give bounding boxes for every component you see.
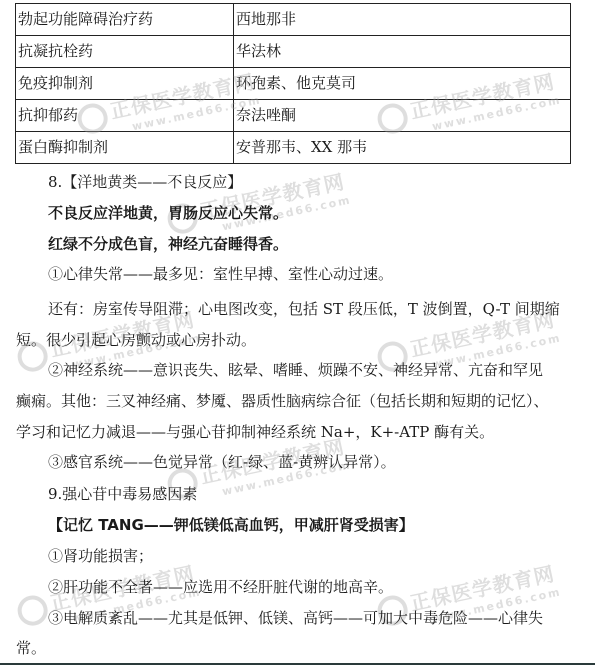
point-nervous-line-1: ②神经系统——意识丧失、眩晕、嗜睡、烦躁不安、神经异常、亢奋和罕见 — [48, 360, 543, 380]
point-sensory: ③感官系统——色觉异常（红-绿、蓝-黄辨认异常）。 — [48, 452, 396, 472]
table-row: 蛋白酶抑制剂 安普那韦、XX 那韦 — [16, 132, 571, 164]
table-cell-category: 抗抑郁药 — [16, 100, 234, 132]
section-9-heading: 9.强心苷中毒易感因素 — [48, 484, 197, 504]
table-cell-category: 勃起功能障碍治疗药 — [16, 4, 234, 36]
paragraph-also-line-1: 还有：房室传导阻滞；心电图改变，包括 ST 段压低，T 波倒置，Q-T 间期缩 — [48, 299, 560, 319]
table-cell-drug: 环孢素、他克莫司 — [234, 68, 571, 100]
point-renal: ①肾功能损害； — [48, 546, 153, 566]
point-arrhythmia: ①心律失常——最多见：室性早搏、室性心动过速。 — [48, 264, 393, 284]
table-cell-category: 免疫抑制剂 — [16, 68, 234, 100]
section-9-mnemonic: 【记忆 TANG——钾低镁低高血钙，甲减肝肾受损害】 — [48, 515, 414, 535]
mnemonic-line-2: 红绿不分成色盲，神经亢奋睡得香。 — [48, 234, 288, 254]
point-hepatic: ②肝功能不全者——应选用不经肝脏代谢的地高辛。 — [48, 577, 393, 597]
point-nervous-line-3: 学习和记忆力减退——与强心苷抑制神经系统 Na+，K+-ATP 酶有关。 — [16, 422, 494, 442]
table-row: 抗凝抗栓药 华法林 — [16, 36, 571, 68]
paragraph-also-line-2: 短。很少引起心房颤动或心房扑动。 — [16, 330, 256, 350]
table-row: 抗抑郁药 奈法唑酮 — [16, 100, 571, 132]
point-nervous-line-2: 癫痫。其他：三叉神经痛、梦魇、器质性脑病综合征（包括长期和短期的记忆）、 — [16, 391, 549, 411]
mnemonic-line-1: 不良反应洋地黄，胃肠反应心失常。 — [48, 203, 288, 223]
point-electrolyte-line-2: 常。 — [16, 638, 46, 658]
drug-interaction-table: 勃起功能障碍治疗药 西地那非 抗凝抗栓药 华法林 免疫抑制剂 环孢素、他克莫司 … — [15, 3, 571, 164]
table-cell-drug: 奈法唑酮 — [234, 100, 571, 132]
point-electrolyte-line-1: ③电解质紊乱——尤其是低钾、低镁、高钙——可加大中毒危险——心律失 — [48, 608, 543, 628]
table-cell-drug: 华法林 — [234, 36, 571, 68]
table-row: 勃起功能障碍治疗药 西地那非 — [16, 4, 571, 36]
table-row: 免疫抑制剂 环孢素、他克莫司 — [16, 68, 571, 100]
table-cell-drug: 安普那韦、XX 那韦 — [234, 132, 571, 164]
table-cell-drug: 西地那非 — [234, 4, 571, 36]
section-8-heading: 8.【洋地黄类——不良反应】 — [48, 172, 242, 192]
table-cell-category: 抗凝抗栓药 — [16, 36, 234, 68]
watermark-logo-icon — [15, 593, 51, 629]
table-cell-category: 蛋白酶抑制剂 — [16, 132, 234, 164]
